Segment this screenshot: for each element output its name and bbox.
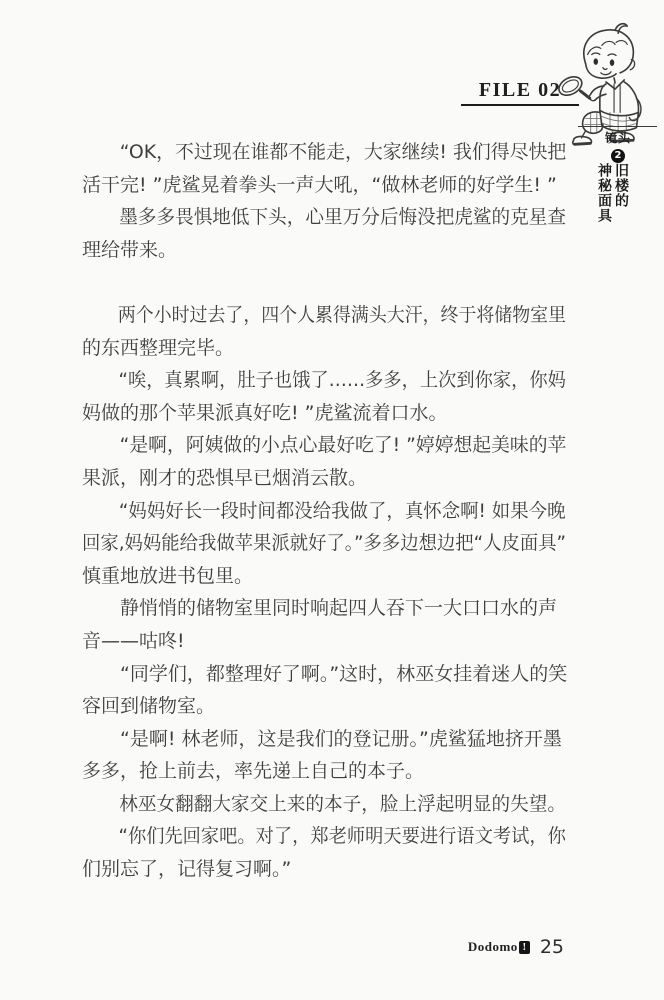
blank-line (82, 266, 566, 299)
paragraph: 墨多多畏惧地低下头，心里万分后悔没把虎鲨的克星查理给带来。 (82, 201, 566, 266)
chapter-tab: 镜头 2 旧楼的 神秘面具 (578, 126, 658, 256)
text-line: “你们先回家吧。对了，郑老师明天要进行语文考试，你 (82, 820, 547, 853)
paragraph: 静悄悄的储物室里同时响起四人吞下一大口口水的声音——咕咚! (82, 592, 566, 657)
brand-label: Dodomo (468, 939, 518, 955)
text-line: 果派，刚才的恐惧早已烟消云散。 (82, 462, 566, 495)
text-line: “同学们，都整理好了啊。”这时，林巫女挂着迷人的笑 (82, 658, 566, 691)
paragraph: “是啊! 林老师，这是我们的登记册。”虎鲨猛地挤开墨多多，抢上前去，率先递上自己… (82, 723, 566, 788)
paragraph-break (82, 266, 566, 299)
book-page: FILE 02 (0, 0, 664, 1000)
paragraph: “同学们，都整理好了啊。”这时，林巫女挂着迷人的笑容回到储物室。 (82, 658, 566, 723)
text-line: 林巫女翻翻大家交上来的本子，脸上浮起明显的失望。 (82, 788, 556, 821)
episode-number-badge: 2 (611, 149, 625, 163)
text-line: 墨多多畏惧地低下头，心里万分后悔没把虎鲨的克星查 (82, 201, 556, 234)
text-line: “妈妈好长一段时间都没给我做了，真怀念啊! 如果今晚 (82, 495, 551, 528)
text-line: “OK，不过现在谁都不能走，大家继续! 我们得尽快把 (82, 136, 563, 169)
tab-divider (578, 126, 657, 127)
tab-series-label: 镜头 (578, 129, 658, 146)
text-line: 回家,妈妈能给我做苹果派就好了。”多多边想边把“人皮面具” (82, 527, 550, 560)
paragraph: “你们先回家吧。对了，郑老师明天要进行语文考试，你们别忘了，记得复习啊。” (82, 820, 566, 885)
text-line: 们别忘了，记得复习啊。” (82, 853, 566, 886)
page-number: 25 (540, 936, 564, 958)
paragraph: “OK，不过现在谁都不能走，大家继续! 我们得尽快把活干完! ”虎鲨晃着拳头一声… (82, 136, 566, 201)
text-line: 活干完! ”虎鲨晃着拳头一声大吼，“做林老师的好学生! ” (82, 169, 566, 202)
text-line: 多多，抢上前去，率先递上自己的本子。 (82, 755, 566, 788)
text-line: 的东西整理完毕。 (82, 332, 566, 365)
text-line: “是啊! 林老师，这是我们的登记册。”虎鲨猛地挤开墨 (82, 723, 566, 756)
text-line: 慎重地放进书包里。 (82, 560, 566, 593)
text-line: 静悄悄的储物室里同时响起四人吞下一大口口水的声 (82, 592, 566, 625)
paragraph: “唉，真累啊，肚子也饿了……多多，上次到你家，你妈妈做的那个苹果派真好吃! ”虎… (82, 364, 566, 429)
text-line: “唉，真累啊，肚子也饿了……多多，上次到你家，你妈 (82, 364, 547, 397)
text-line: 理给带来。 (82, 234, 566, 267)
text-line: “是啊，阿姨做的小点心最好吃了! ”婷婷想起美味的苹 (82, 429, 561, 462)
chapter-title-column: 神秘面具 (595, 163, 612, 227)
text-line: 妈做的那个苹果派真好吃! ”虎鲨流着口水。 (82, 397, 566, 430)
text-line: 音——咕咚! (82, 625, 566, 658)
text-line: 容回到储物室。 (82, 690, 566, 723)
brand-exclamation-mark: ! (519, 941, 530, 954)
paragraph: “妈妈好长一段时间都没给我做了，真怀念啊! 如果今晚回家,妈妈能给我做苹果派就好… (82, 495, 566, 593)
chapter-title-vertical: 旧楼的 神秘面具 (595, 163, 629, 227)
text-line: 两个小时过去了，四个人累得满头大汗，终于将储物室里 (82, 299, 539, 332)
paragraph: 林巫女翻翻大家交上来的本子，脸上浮起明显的失望。 (82, 788, 566, 821)
page-footer: Dodomo ! 25 (468, 936, 564, 958)
paragraph: “是啊，阿姨做的小点心最好吃了! ”婷婷想起美味的苹果派，刚才的恐惧早已烟消云散… (82, 429, 566, 494)
paragraph: 两个小时过去了，四个人累得满头大汗，终于将储物室里的东西整理完毕。 (82, 299, 566, 364)
story-text: “OK，不过现在谁都不能走，大家继续! 我们得尽快把活干完! ”虎鲨晃着拳头一声… (82, 136, 566, 886)
chapter-title-column: 旧楼的 (612, 163, 629, 227)
